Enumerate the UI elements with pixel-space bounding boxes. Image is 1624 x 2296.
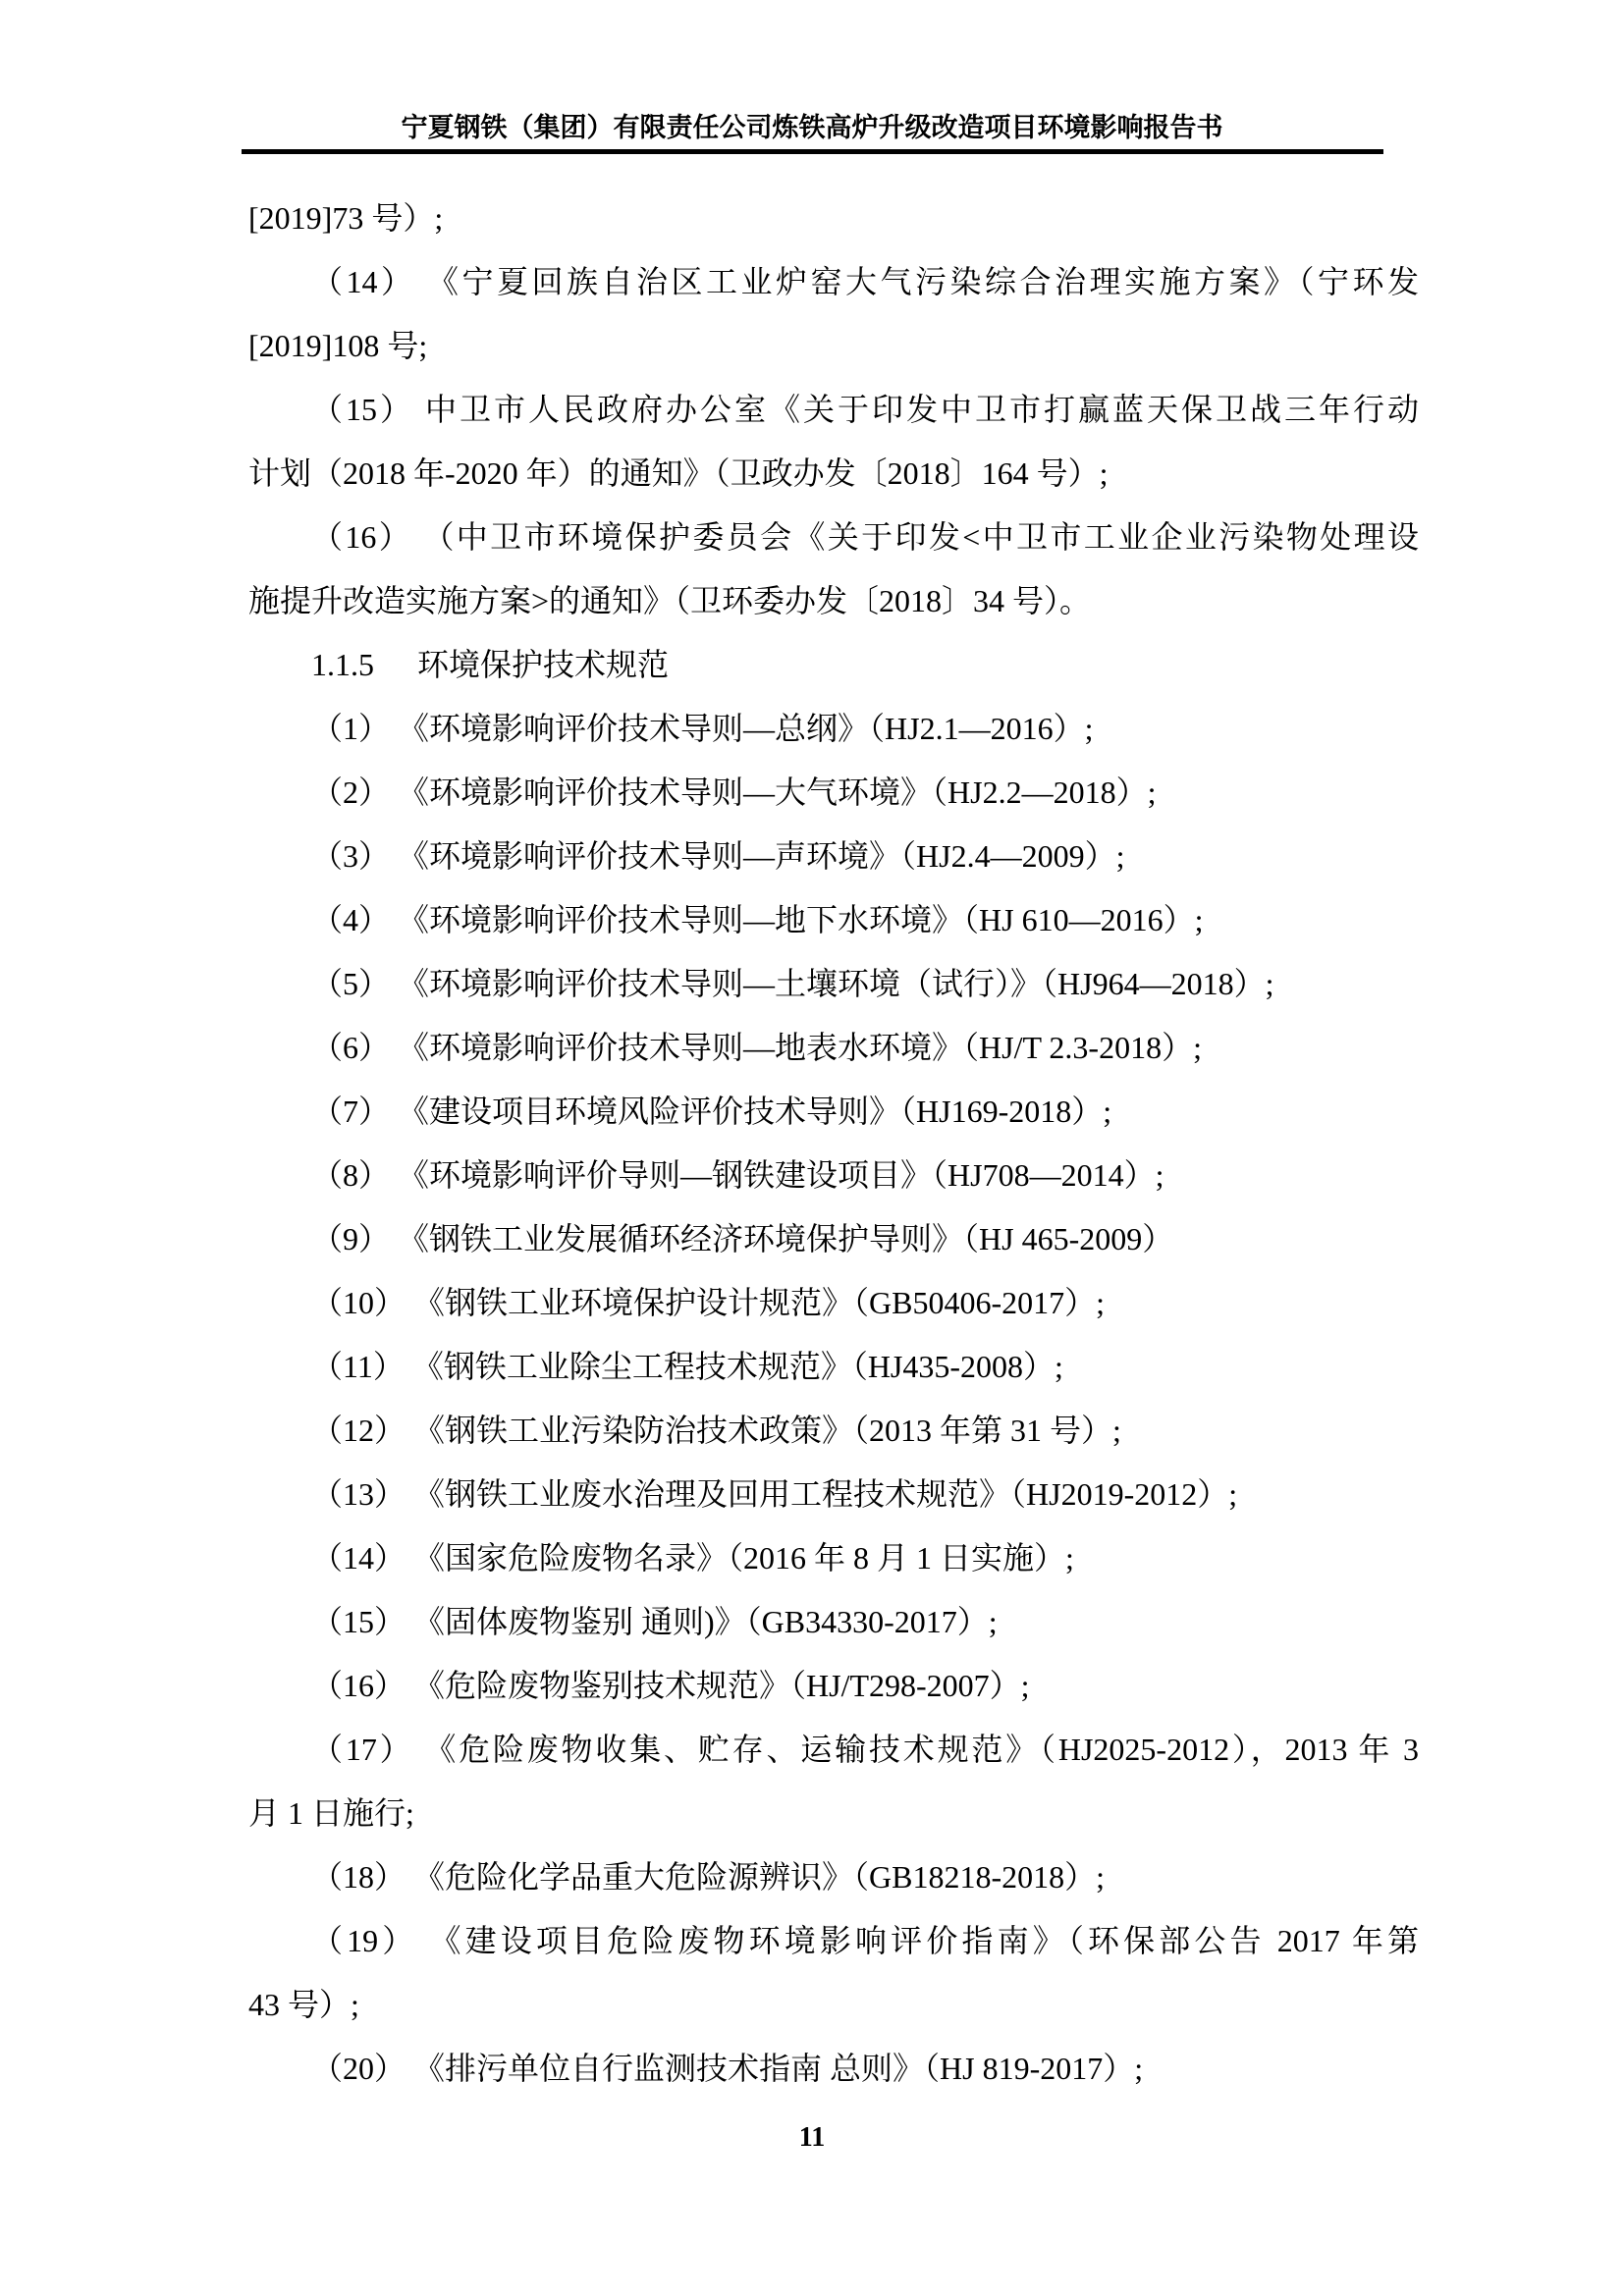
document-line: 施提升改造实施方案>的通知》（卫环委办发〔2018〕34 号）。: [248, 569, 1419, 633]
document-line: （11） 《钢铁工业除尘工程技术规范》（HJ435-2008）;: [248, 1335, 1419, 1399]
document-line: （2） 《环境影响评价技术导则—大气环境》（HJ2.2—2018）;: [248, 761, 1419, 825]
document-line: （14） 《国家危险废物名录》（2016 年 8 月 1 日实施）;: [248, 1526, 1419, 1590]
document-line: （16） 《危险废物鉴别技术规范》（HJ/T298-2007）;: [248, 1654, 1419, 1718]
document-line: [2019]73 号）;: [248, 187, 1419, 250]
document-line: （15） 《固体废物鉴别 通则)》（GB34330-2017）;: [248, 1590, 1419, 1654]
section-number: 1.1.5: [311, 647, 374, 682]
document-line: 43 号）;: [248, 1973, 1419, 2037]
document-line: （1） 《环境影响评价技术导则—总纲》（HJ2.1—2016）;: [248, 697, 1419, 761]
document-line: （20） 《排污单位自行监测技术指南 总则》（HJ 819-2017）;: [248, 2037, 1419, 2101]
page-number: 11: [0, 2118, 1624, 2158]
document-line: （3） 《环境影响评价技术导则—声环境》（HJ2.4—2009）;: [248, 825, 1419, 888]
header-title: 宁夏钢铁（集团）有限责任公司炼铁高炉升级改造项目环境影响报告书: [0, 108, 1624, 147]
document-line: （8） 《环境影响评价导则—钢铁建设项目》（HJ708—2014）;: [248, 1144, 1419, 1207]
document-line: （16） （中卫市环境保护委员会《关于印发<中卫市工业企业污染物处理设: [248, 506, 1419, 569]
document-line: （4） 《环境影响评价技术导则—地下水环境》（HJ 610—2016）;: [248, 888, 1419, 952]
document-line: （13） 《钢铁工业废水治理及回用工程技术规范》（HJ2019-2012）;: [248, 1463, 1419, 1526]
document-line: [2019]108 号;: [248, 314, 1419, 378]
section-title: 环境保护技术规范: [417, 647, 669, 682]
document-line: （19） 《建设项目危险废物环境影响评价指南》（环保部公告 2017 年第: [248, 1909, 1419, 1973]
document-line: （17） 《危险废物收集、贮存、运输技术规范》（HJ2025-2012），201…: [248, 1718, 1419, 1782]
document-page: 宁夏钢铁（集团）有限责任公司炼铁高炉升级改造项目环境影响报告书 [2019]73…: [0, 0, 1624, 2296]
header-rule: [242, 149, 1383, 154]
document-line: （6） 《环境影响评价技术导则—地表水环境》（HJ/T 2.3-2018）;: [248, 1016, 1419, 1080]
document-line: 计划（2018 年-2020 年）的通知》（卫政办发〔2018〕164 号）;: [248, 442, 1419, 506]
document-line: （18） 《危险化学品重大危险源辨识》（GB18218-2018）;: [248, 1845, 1419, 1909]
section-heading: 1.1.5环境保护技术规范: [248, 633, 1419, 697]
document-line: （10） 《钢铁工业环境保护设计规范》（GB50406-2017）;: [248, 1271, 1419, 1335]
document-line: （9） 《钢铁工业发展循环经济环境保护导则》（HJ 465-2009）: [248, 1207, 1419, 1271]
document-line: （12） 《钢铁工业污染防治技术政策》（2013 年第 31 号）;: [248, 1399, 1419, 1463]
document-line: （15） 中卫市人民政府办公室《关于印发中卫市打赢蓝天保卫战三年行动: [248, 378, 1419, 442]
document-body: [2019]73 号）;（14） 《宁夏回族自治区工业炉窑大气污染综合治理实施方…: [248, 187, 1419, 2101]
document-line: （5） 《环境影响评价技术导则—土壤环境（试行）》（HJ964—2018）;: [248, 952, 1419, 1016]
document-line: 月 1 日施行;: [248, 1782, 1419, 1845]
document-line: （14） 《宁夏回族自治区工业炉窑大气污染综合治理实施方案》（宁环发: [248, 250, 1419, 314]
document-line: （7） 《建设项目环境风险评价技术导则》（HJ169-2018）;: [248, 1080, 1419, 1144]
